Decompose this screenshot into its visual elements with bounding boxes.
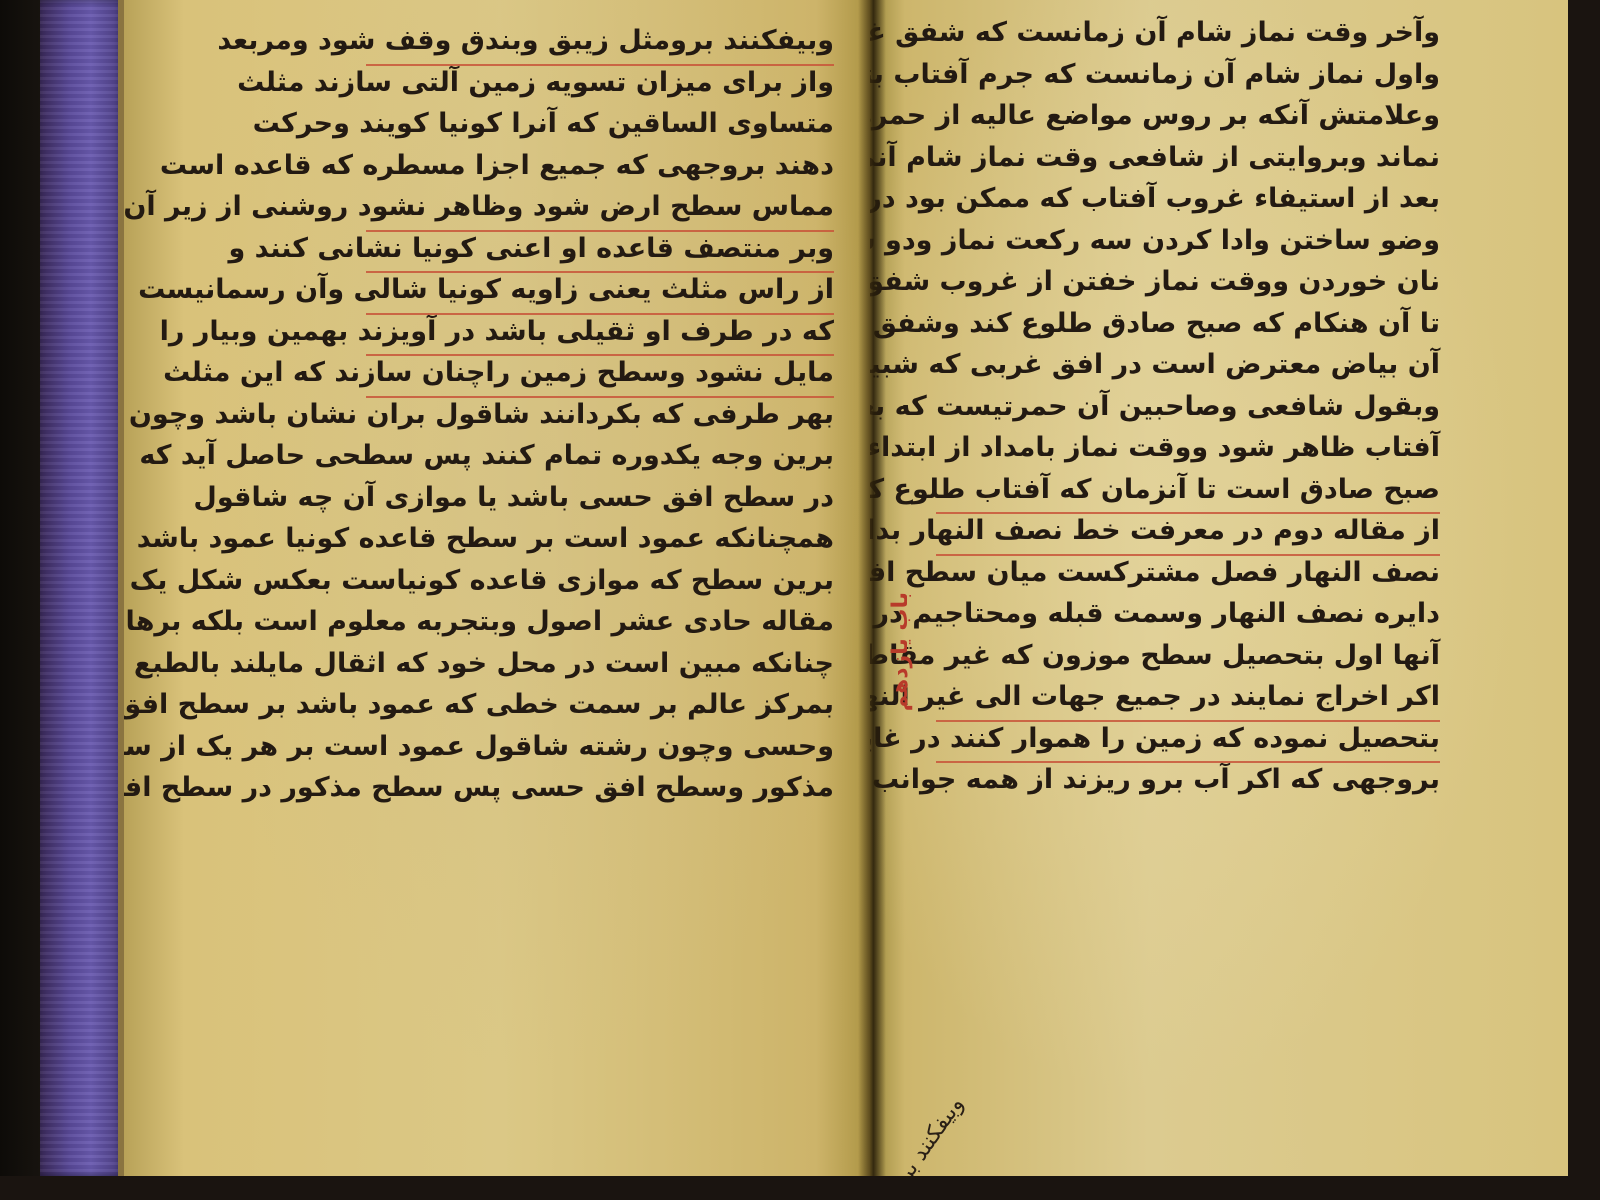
- left-page-text: وبیفکنند برومثل زیبق وبندق وقف شود ومربع…: [314, 20, 834, 809]
- manuscript-line: آنها اول بتحصیل سطح موزون که غیر مقاطع ا…: [880, 635, 1440, 677]
- manuscript-line: واز برای میزان تسویه زمین آلتی سازند مثل…: [314, 62, 834, 104]
- manuscript-line: بهر طرفی که بکردانند شاقول بران نشان باش…: [314, 394, 834, 436]
- manuscript-line: بتحصیل نموده که زمین را هموار کنند در غا…: [880, 718, 1440, 760]
- manuscript-line: از مقاله دوم در معرفت خط نصف النهار بدان…: [880, 510, 1440, 552]
- manuscript-line: تا آن هنکام که صبح صادق طلوع کند وشفق بق…: [880, 303, 1440, 345]
- manuscript-line: وآخر وقت نماز شام آن زمانست که شفق غروب …: [880, 12, 1440, 54]
- manuscript-line: چنانکه مبین است در محل خود که اثقال مایل…: [314, 643, 834, 685]
- manuscript-line: برین وجه یکدوره تمام کنند پس سطحی حاصل آ…: [314, 435, 834, 477]
- manuscript-line: صبح صادق است تا آنزمان که آفتاب طلوع کند: [880, 469, 1440, 511]
- catchword: وبیفکنند برو: [887, 1092, 969, 1176]
- manuscript-line: برین سطح که موازی قاعده کونیاست بعکس شکل…: [314, 560, 834, 602]
- margin-heading-red: باب یازدهم: [888, 592, 913, 711]
- manuscript-line: مذکور وسطح افق حسی پس سطح مذکور در سطح ا…: [314, 767, 834, 809]
- manuscript-line: نماند وبروایتی از شافعی وقت نماز شام آنم…: [880, 137, 1440, 179]
- book-cover-edge: [40, 0, 125, 1176]
- book-gutter: [858, 0, 886, 1176]
- manuscript-line: دایره نصف النهار وسمت قبله ومحتاجیم در م…: [880, 593, 1440, 635]
- manuscript-line: وضو ساختن وادا کردن سه رکعت نماز ودو سه …: [880, 220, 1440, 262]
- manuscript-line: وبقول شافعی وصاحبین آن حمرتیست که بعد از…: [880, 386, 1440, 428]
- manuscript-line: بعد از استیفاء غروب آفتاب که ممکن بود در…: [880, 178, 1440, 220]
- manuscript-line: بروجهی که اکر آب برو ریزند از همه جوانب …: [880, 759, 1440, 801]
- manuscript-line: مماس سطح ارض شود وظاهر نشود روشنی از زیر…: [314, 186, 834, 228]
- manuscript-line: واول نماز شام آن زمانست که جرم آفتاب بتم…: [880, 54, 1440, 96]
- manuscript-line: وعلامتش آنکه بر روس مواضع عالیه از حمره …: [880, 95, 1440, 137]
- right-page-text: وآخر وقت نماز شام آن زمانست که شفق غروب …: [880, 12, 1440, 801]
- manuscript-line: وبر منتصف قاعده او اعنی کونیا نشانی کنند…: [314, 228, 834, 270]
- left-page: وبیفکنند برومثل زیبق وبندق وقف شود ومربع…: [118, 0, 876, 1176]
- manuscript-line: آفتاب ظاهر شود ووقت نماز بامداد از ابتدا…: [880, 427, 1440, 469]
- manuscript-line: در سطح افق حسی باشد یا موازی آن چه شاقول: [314, 477, 834, 519]
- manuscript-line: وحسی وچون رشته شاقول عمود است بر هر یک ا…: [314, 726, 834, 768]
- manuscript-line: متساوی الساقین که آنرا کونیا کویند وحرکت: [314, 103, 834, 145]
- manuscript-line: آن بیاض معترض است در افق غربی که شبیه صب…: [880, 344, 1440, 386]
- right-page: وآخر وقت نماز شام آن زمانست که شفق غروب …: [870, 0, 1568, 1176]
- manuscript-line: وبیفکنند برومثل زیبق وبندق وقف شود ومربع…: [314, 20, 834, 62]
- manuscript-line: مقاله حادی عشر اصول وبتجربه معلوم است بل…: [314, 601, 834, 643]
- manuscript-line: نصف النهار فصل مشترکست میان سطح افق حسی …: [880, 552, 1440, 594]
- manuscript-line: مایل نشود وسطح زمین راچنان سازند که این …: [314, 352, 834, 394]
- manuscript-line: دهند بروجهی که جمیع اجزا مسطره که قاعده …: [314, 145, 834, 187]
- manuscript-line: نان خوردن ووقت نماز خفتن از غروب شفق است: [880, 261, 1440, 303]
- manuscript-line: همچنانکه عمود است بر سطح قاعده کونیا عمو…: [314, 518, 834, 560]
- manuscript-line: اکر اخراج نمایند در جمیع جهات الی غیر ال…: [880, 676, 1440, 718]
- manuscript-line: که در طرف او ثقیلی باشد در آویزند بهمین …: [314, 311, 834, 353]
- manuscript-line: از راس مثلث یعنی زاویه کونیا شالی وآن رس…: [314, 269, 834, 311]
- manuscript-line: بمرکز عالم بر سمت خطی که عمود باشد بر سط…: [314, 684, 834, 726]
